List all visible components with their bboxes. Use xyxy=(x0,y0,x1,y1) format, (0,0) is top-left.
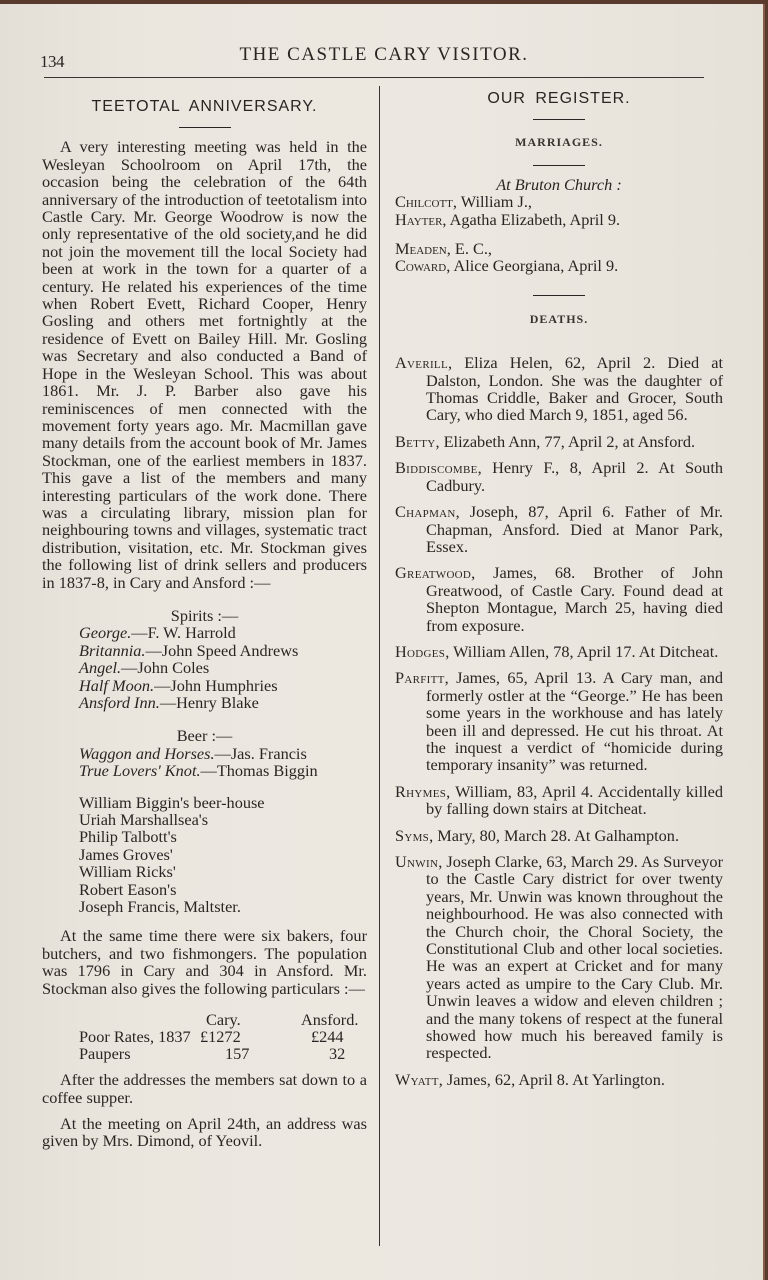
death-entry: Unwin, Joseph Clarke, 63, March 29. As S… xyxy=(395,853,723,1062)
rates-header-row: Cary. Ansford. xyxy=(79,1011,367,1028)
list-item: Britannia.—John Speed Andrews xyxy=(79,642,367,659)
death-entry: Greatwood, James, 68. Brother of John Gr… xyxy=(395,564,723,634)
list-item: Ansford Inn.—Henry Blake xyxy=(79,694,367,711)
spirits-list: Spirits :— George.—F. W. Harrold Britann… xyxy=(42,607,367,711)
beer-list: Beer :— Waggon and Horses.—Jas. Francis … xyxy=(42,727,367,779)
magazine-page: 134 THE CASTLE CARY VISITOR. TEETOTAL AN… xyxy=(0,4,765,1280)
list-item: George.—F. W. Harrold xyxy=(79,624,367,641)
cell-cary: 157 xyxy=(225,1045,249,1062)
death-entry: Syms, Mary, 80, March 28. At Galhampton. xyxy=(395,827,723,844)
bride-surname: Hayter xyxy=(395,210,442,229)
marriage-entry: Meaden, E. C., Coward, Alice Georgiana, … xyxy=(395,240,723,275)
article-paragraph: At the meeting on April 24th, an address… xyxy=(42,1115,367,1150)
list-item: Half Moon.—John Humphries xyxy=(79,677,367,694)
article-paragraph: A very interesting meeting was held in t… xyxy=(42,138,367,591)
deaths-heading: DEATHS. xyxy=(395,311,723,328)
column-header: Cary. xyxy=(206,1011,241,1028)
row-label: Paupers xyxy=(79,1045,131,1062)
running-header: 134 THE CASTLE CARY VISITOR. xyxy=(0,44,768,74)
list-item: Philip Talbott's xyxy=(79,828,367,845)
table-row: Poor Rates, 1837 £1272 £244 xyxy=(79,1028,367,1045)
column-divider xyxy=(379,86,380,1246)
spirits-heading: Spirits :— xyxy=(42,607,367,624)
article-paragraph: After the addresses the members sat down… xyxy=(42,1071,367,1106)
death-entry: Chapman, Joseph, 87, April 6. Father of … xyxy=(395,503,723,555)
cell-cary: £1272 xyxy=(200,1028,241,1045)
cell-ansford: £244 xyxy=(311,1028,344,1045)
journal-title: THE CASTLE CARY VISITOR. xyxy=(0,44,768,66)
list-item: Angel.—John Coles xyxy=(79,659,367,676)
list-item: Uriah Marshallsea's xyxy=(79,811,367,828)
table-row: Paupers 157 32 xyxy=(79,1045,367,1062)
list-item: William Biggin's beer-house xyxy=(79,794,367,811)
death-entry: Wyatt, James, 62, April 8. At Yarlington… xyxy=(395,1071,723,1088)
right-column: OUR REGISTER. MARRIAGES. At Bruton Churc… xyxy=(395,86,723,1097)
death-entry: Biddiscombe, Henry F., 8, April 2. At So… xyxy=(395,459,723,494)
column-header: Ansford. xyxy=(301,1011,358,1028)
article-title: TEETOTAL ANNIVERSARY. xyxy=(42,98,367,115)
marriage-entry: Chilcott, William J., Hayter, Agatha Eli… xyxy=(395,193,723,228)
list-item: Waggon and Horses.—Jas. Francis xyxy=(79,745,367,762)
section-rule xyxy=(533,165,585,166)
bride-surname: Coward xyxy=(395,256,446,275)
header-rule xyxy=(44,77,704,78)
marriage-location: At Bruton Church : xyxy=(395,176,723,193)
beer-heading: Beer :— xyxy=(42,727,367,744)
list-item: Joseph Francis, Maltster. xyxy=(79,898,367,915)
title-rule xyxy=(533,119,585,120)
article-paragraph: At the same time there were six bakers, … xyxy=(42,927,367,997)
list-item: True Lovers' Knot.—Thomas Biggin xyxy=(79,762,367,779)
death-entry: Hodges, William Allen, 78, April 17. At … xyxy=(395,643,723,660)
register-title: OUR REGISTER. xyxy=(395,90,723,107)
death-entry: Parfitt, James, 65, April 13. A Cary man… xyxy=(395,669,723,773)
rates-table: Cary. Ansford. Poor Rates, 1837 £1272 £2… xyxy=(42,1011,367,1051)
death-entry: Averill, Eliza Helen, 62, April 2. Died … xyxy=(395,354,723,424)
list-item: Robert Eason's xyxy=(79,881,367,898)
death-entry: Rhymes, William, 83, April 4. Accidental… xyxy=(395,783,723,818)
cell-ansford: 32 xyxy=(329,1045,345,1062)
section-rule xyxy=(533,295,585,296)
title-rule xyxy=(179,127,231,128)
list-item: James Groves' xyxy=(79,846,367,863)
marriages-heading: MARRIAGES. xyxy=(395,134,723,151)
list-item: William Ricks' xyxy=(79,863,367,880)
left-column: TEETOTAL ANNIVERSARY. A very interesting… xyxy=(42,86,367,1150)
groom-surname: Chilcott xyxy=(395,192,453,211)
death-entry: Betty, Elizabeth Ann, 77, April 2, at An… xyxy=(395,433,723,450)
beer-houses-list: William Biggin's beer-house Uriah Marsha… xyxy=(42,794,367,916)
groom-surname: Meaden xyxy=(395,239,447,258)
row-label: Poor Rates, 1837 xyxy=(79,1028,191,1045)
